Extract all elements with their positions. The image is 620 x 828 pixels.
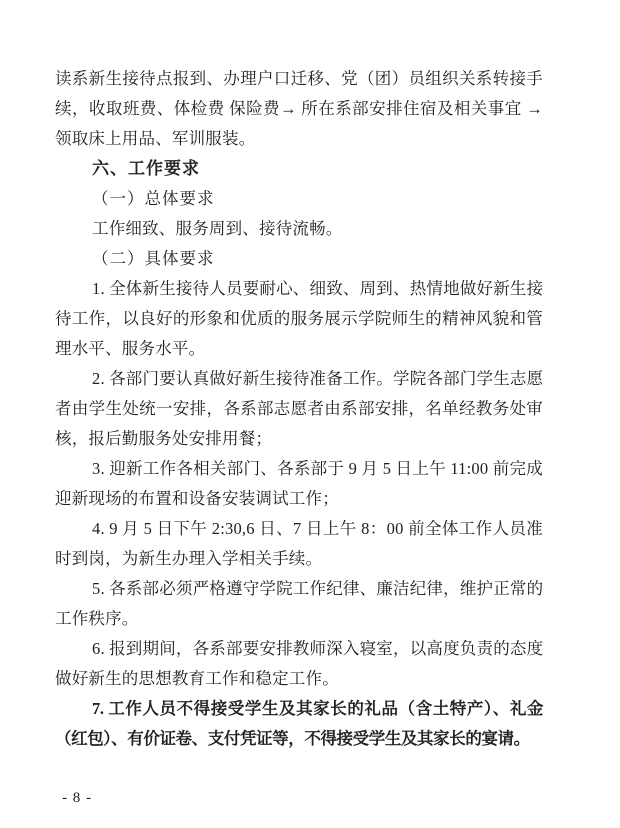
text-line: 领取床上用品、军训服装。 — [55, 124, 543, 154]
text-line: 续，收取班费、体检费 保险费→ 所在系部安排住宿及相关事宜 → — [55, 94, 543, 124]
paragraph: 6. 报到期间，各系部要安排教师深入寝室，以高度负责的态度做好新生的思想教育工作… — [55, 634, 543, 694]
text-line: 待工作，以良好的形象和优质的服务展示学院师生的精神风貌和管 — [55, 304, 543, 334]
text-line: 迎新现场的布置和设备安装调试工作； — [55, 484, 543, 514]
document-page: 读系新生接待点报到、办理户口迁移、党（团）员组织关系转接手续，收取班费、体检费 … — [0, 0, 620, 828]
paragraph: 2. 各部门要认真做好新生接待准备工作。学院各部门学生志愿者由学生处统一安排，各… — [55, 364, 543, 454]
paragraph: 1. 全体新生接待人员要耐心、细致、周到、热情地做好新生接待工作，以良好的形象和… — [55, 274, 543, 364]
paragraph: 7. 工作人员不得接受学生及其家长的礼品（含土特产）、礼金（红包）、有价证卷、支… — [55, 694, 543, 754]
text-line: 工作细致、服务周到、接待流畅。 — [55, 214, 543, 244]
paragraph: 3. 迎新工作各相关部门、各系部于 9 月 5 日上午 11:00 前完成迎新现… — [55, 454, 543, 514]
text-line: 读系新生接待点报到、办理户口迁移、党（团）员组织关系转接手 — [55, 64, 543, 94]
text-line: 3. 迎新工作各相关部门、各系部于 9 月 5 日上午 11:00 前完成 — [55, 454, 543, 484]
text-line: 核，报后勤服务处安排用餐； — [55, 424, 543, 454]
text-line: 理水平、服务水平。 — [55, 334, 543, 364]
text-line: 7. 工作人员不得接受学生及其家长的礼品（含土特产）、礼金 — [55, 694, 543, 724]
paragraph: （一）总体要求 — [55, 184, 543, 214]
document-body: 读系新生接待点报到、办理户口迁移、党（团）员组织关系转接手续，收取班费、体检费 … — [55, 64, 543, 754]
text-line: 工作秩序。 — [55, 604, 543, 634]
text-line: （一）总体要求 — [55, 184, 543, 214]
paragraph: 工作细致、服务周到、接待流畅。 — [55, 214, 543, 244]
paragraph: 读系新生接待点报到、办理户口迁移、党（团）员组织关系转接手续，收取班费、体检费 … — [55, 64, 543, 154]
text-line: 做好新生的思想教育工作和稳定工作。 — [55, 664, 543, 694]
text-line: 1. 全体新生接待人员要耐心、细致、周到、热情地做好新生接 — [55, 274, 543, 304]
text-line: 六、工作要求 — [55, 154, 543, 184]
text-line: 4. 9 月 5 日下午 2:30,6 日、7 日上午 8：00 前全体工作人员… — [55, 514, 543, 544]
text-line: 者由学生处统一安排，各系部志愿者由系部安排，名单经教务处审 — [55, 394, 543, 424]
paragraph: 5. 各系部必须严格遵守学院工作纪律、廉洁纪律，维护正常的工作秩序。 — [55, 574, 543, 634]
text-line: （二）具体要求 — [55, 244, 543, 274]
text-line: （红包）、有价证卷、支付凭证等，不得接受学生及其家长的宴请。 — [55, 724, 543, 754]
text-line: 时到岗，为新生办理入学相关手续。 — [55, 544, 543, 574]
text-line: 6. 报到期间，各系部要安排教师深入寝室，以高度负责的态度 — [55, 634, 543, 664]
text-line: 2. 各部门要认真做好新生接待准备工作。学院各部门学生志愿 — [55, 364, 543, 394]
paragraph: 六、工作要求 — [55, 154, 543, 184]
text-line: 5. 各系部必须严格遵守学院工作纪律、廉洁纪律，维护正常的 — [55, 574, 543, 604]
paragraph: 4. 9 月 5 日下午 2:30,6 日、7 日上午 8：00 前全体工作人员… — [55, 514, 543, 574]
paragraph: （二）具体要求 — [55, 244, 543, 274]
page-number: - 8 - — [62, 788, 92, 808]
